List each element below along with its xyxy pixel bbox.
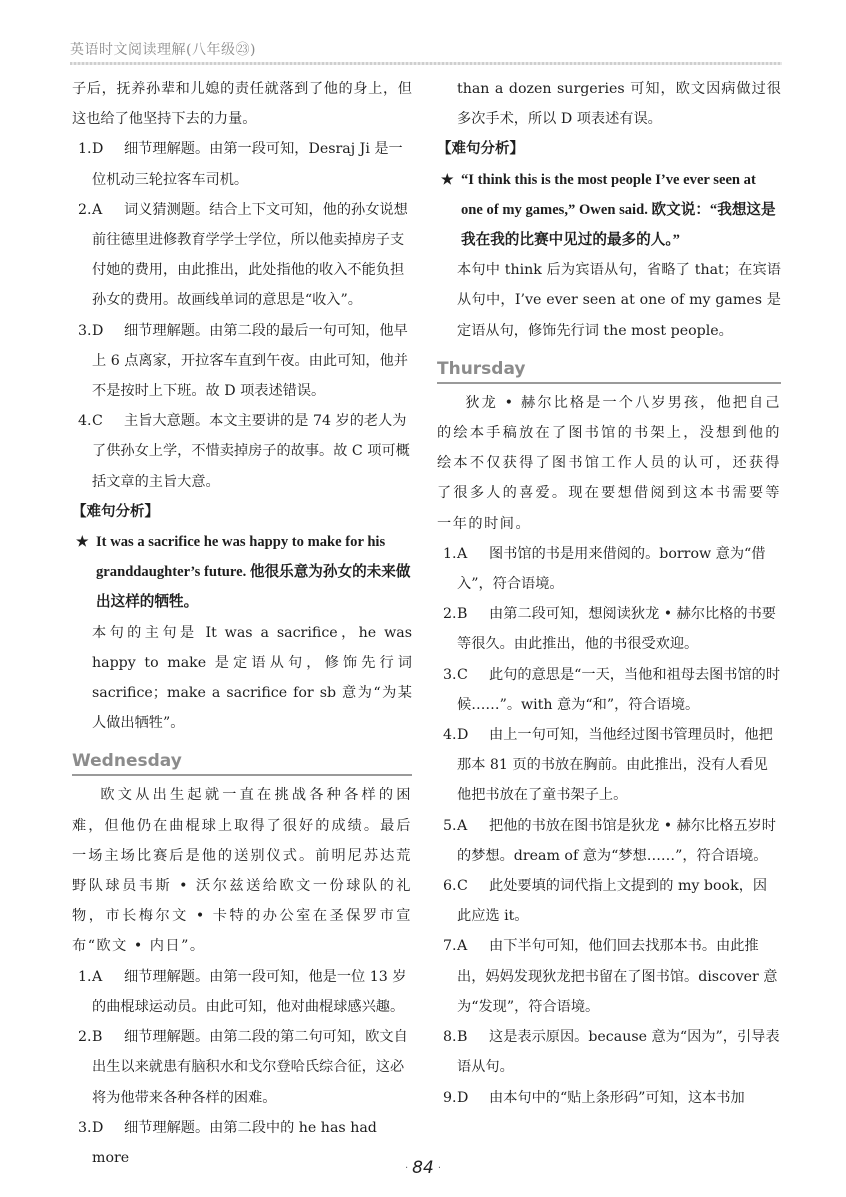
star-icon: ★ bbox=[437, 165, 461, 256]
right-column: than a dozen surgeries 可知，欧文因病做过很多次手术，所以… bbox=[437, 74, 781, 1113]
section-rule bbox=[437, 382, 781, 384]
answer-item: 9. D由本句中的“贴上条形码”可知，这本书加 bbox=[437, 1083, 781, 1113]
item-explanation: 细节理解题。由第一段可知，他是一位 13 岁的曲棍球运动员。由此可知，他对曲棍球… bbox=[92, 969, 406, 1015]
item-number: 3. bbox=[437, 660, 457, 720]
answer-item: 6. C此处要填的词代指上文提到的 my book，因此应选 it。 bbox=[437, 871, 781, 931]
item-explanation: 主旨大意题。本文主要讲的是 74 岁的老人为了供孙女上学，不惜卖掉房子的故事。故… bbox=[92, 413, 410, 489]
answer-list-thursday: 1. A图书馆的书是用来借阅的。borrow 意为“借入”，符合语境。 2. B… bbox=[437, 539, 781, 1113]
item-explanation: 细节理解题。由第二段的第二句可知，欧文自出生以来就患有脑积水和戈尔登哈氏综合征，… bbox=[92, 1029, 408, 1105]
answer-item: 4. C主旨大意题。本文主要讲的是 74 岁的老人为了供孙女上学，不惜卖掉房子的… bbox=[72, 406, 412, 497]
item-explanation: 把他的书放在图书馆是狄龙 • 赫尔比格五岁时的梦想。dream of 意为“梦想… bbox=[457, 818, 776, 864]
item-number: 1. bbox=[72, 134, 92, 194]
page-number-value: 84 bbox=[412, 1158, 434, 1178]
item-number: 6. bbox=[437, 871, 457, 931]
item-answer: A bbox=[457, 931, 489, 961]
section-title: Wednesday bbox=[72, 750, 412, 772]
item-explanation: 由下半句可知，他们回去找那本书。由此推出，妈妈发现狄龙把书留在了图书馆。disc… bbox=[457, 938, 777, 1014]
item-continuation: than a dozen surgeries 可知，欧文因病做过很多次手术，所以… bbox=[437, 74, 781, 134]
item-answer: D bbox=[457, 720, 489, 750]
header-rule bbox=[70, 62, 782, 65]
page-number: ·84· bbox=[0, 1158, 846, 1178]
page-dot-right: · bbox=[438, 1163, 441, 1174]
item-answer: D bbox=[92, 316, 124, 346]
difficult-sentence: ★ “I think this is the most people I’ve … bbox=[437, 165, 781, 256]
sentence-explanation: 本句中 think 后为宾语从句，省略了 that；在宾语从句中，I’ve ev… bbox=[437, 255, 781, 346]
section-title: Thursday bbox=[437, 358, 781, 380]
difficult-sentence-heading: 【难句分析】 bbox=[72, 497, 412, 527]
item-number: 2. bbox=[72, 1022, 92, 1113]
item-number: 1. bbox=[72, 962, 92, 1022]
section-rule bbox=[72, 774, 412, 776]
item-number: 4. bbox=[437, 720, 457, 811]
section-summary: 狄龙 • 赫尔比格是一个八岁男孩，他把自己的绘本手稿放在了图书馆的书架上，没想到… bbox=[437, 388, 781, 539]
item-answer: A bbox=[457, 539, 489, 569]
answer-item: 8. B这是表示原因。because 意为“因为”，引导表语从句。 bbox=[437, 1022, 781, 1082]
item-explanation: 细节理解题。由第二段的最后一句可知，他早上 6 点离家，开拉客车直到午夜。由此可… bbox=[92, 323, 408, 399]
item-number: 5. bbox=[437, 811, 457, 871]
item-number: 4. bbox=[72, 406, 92, 497]
section-summary: 欧文从出生起就一直在挑战各种各样的困难，但他仍在曲棍球上取得了很好的成绩。最后一… bbox=[72, 780, 412, 961]
left-column: 子后，抚养孙辈和儿媳的责任就落到了他的身上，但这也给了他坚持下去的力量。 1. … bbox=[72, 74, 412, 1173]
book-title: 英语时文阅读理解(八年级㉓) bbox=[70, 40, 782, 60]
sentence-explanation: 本句的主句是 It was a sacrifice，he was happy t… bbox=[72, 618, 412, 739]
item-explanation: 此处要填的词代指上文提到的 my book，因此应选 it。 bbox=[457, 878, 767, 924]
item-answer: C bbox=[92, 406, 124, 436]
item-explanation: 细节理解题。由第一段可知，Desraj Ji 是一位机动三轮拉客车司机。 bbox=[92, 141, 403, 187]
item-number: 2. bbox=[437, 599, 457, 659]
answer-item: 2. B细节理解题。由第二段的第二句可知，欧文自出生以来就患有脑积水和戈尔登哈氏… bbox=[72, 1022, 412, 1113]
item-number: 2. bbox=[72, 195, 92, 316]
item-explanation: 词义猜测题。结合上下文可知，他的孙女说想前往德里进修教育学学士学位，所以他卖掉房… bbox=[92, 202, 408, 309]
item-answer: A bbox=[92, 962, 124, 992]
section-wednesday: Wednesday bbox=[72, 750, 412, 776]
difficult-sentence: ★ It was a sacrifice he was happy to mak… bbox=[72, 527, 412, 618]
item-number: 7. bbox=[437, 931, 457, 1022]
item-explanation: 由上一句可知，当他经过图书管理员时，他把那本 81 页的书放在胸前。由此推出，没… bbox=[457, 727, 773, 803]
answer-item: 1. A细节理解题。由第一段可知，他是一位 13 岁的曲棍球运动员。由此可知，他… bbox=[72, 962, 412, 1022]
item-explanation: 由本句中的“贴上条形码”可知，这本书加 bbox=[489, 1090, 745, 1106]
item-number: 8. bbox=[437, 1022, 457, 1082]
item-answer: A bbox=[92, 195, 124, 225]
section-thursday: Thursday bbox=[437, 358, 781, 384]
item-explanation: 图书馆的书是用来借阅的。borrow 意为“借入”，符合语境。 bbox=[457, 546, 765, 592]
item-answer: C bbox=[457, 871, 489, 901]
item-number: 9. bbox=[437, 1083, 457, 1113]
item-answer: B bbox=[457, 599, 489, 629]
item-answer: B bbox=[457, 1022, 489, 1052]
answer-item: 2. B由第二段可知，想阅读狄龙 • 赫尔比格的书要等很久。由此推出，他的书很受… bbox=[437, 599, 781, 659]
answer-item: 3. C此句的意思是“一天，当他和祖母去图书馆的时候……”。with 意为“和”… bbox=[437, 660, 781, 720]
difficult-sentence-heading: 【难句分析】 bbox=[437, 134, 781, 164]
answer-item: 3. D细节理解题。由第二段的最后一句可知，他早上 6 点离家，开拉客车直到午夜… bbox=[72, 316, 412, 407]
answer-item: 4. D由上一句可知，当他经过图书管理员时，他把那本 81 页的书放在胸前。由此… bbox=[437, 720, 781, 811]
answer-item: 1. A图书馆的书是用来借阅的。borrow 意为“借入”，符合语境。 bbox=[437, 539, 781, 599]
item-answer: D bbox=[92, 1113, 124, 1143]
answer-item: 2. A词义猜测题。结合上下文可知，他的孙女说想前往德里进修教育学学士学位，所以… bbox=[72, 195, 412, 316]
intro-continuation: 子后，抚养孙辈和儿媳的责任就落到了他的身上，但这也给了他坚持下去的力量。 bbox=[72, 74, 412, 134]
item-number: 1. bbox=[437, 539, 457, 599]
answer-list-tuesday: 1. D细节理解题。由第一段可知，Desraj Ji 是一位机动三轮拉客车司机。… bbox=[72, 134, 412, 496]
running-header: 英语时文阅读理解(八年级㉓) bbox=[70, 40, 782, 65]
answer-item: 7. A由下半句可知，他们回去找那本书。由此推出，妈妈发现狄龙把书留在了图书馆。… bbox=[437, 931, 781, 1022]
item-explanation: 这是表示原因。because 意为“因为”，引导表语从句。 bbox=[457, 1029, 780, 1075]
star-icon: ★ bbox=[72, 527, 96, 618]
item-answer: B bbox=[92, 1022, 124, 1052]
item-answer: D bbox=[457, 1083, 489, 1113]
page-dot-left: · bbox=[405, 1163, 408, 1174]
item-number: 3. bbox=[72, 316, 92, 407]
answer-item: 1. D细节理解题。由第一段可知，Desraj Ji 是一位机动三轮拉客车司机。 bbox=[72, 134, 412, 194]
item-answer: C bbox=[457, 660, 489, 690]
item-answer: D bbox=[92, 134, 124, 164]
answer-item: 5. A把他的书放在图书馆是狄龙 • 赫尔比格五岁时的梦想。dream of 意… bbox=[437, 811, 781, 871]
answer-list-wednesday: 1. A细节理解题。由第一段可知，他是一位 13 岁的曲棍球运动员。由此可知，他… bbox=[72, 962, 412, 1173]
item-answer: A bbox=[457, 811, 489, 841]
item-explanation: 由第二段可知，想阅读狄龙 • 赫尔比格的书要等很久。由此推出，他的书很受欢迎。 bbox=[457, 606, 776, 652]
item-explanation: 此句的意思是“一天，当他和祖母去图书馆的时候……”。with 意为“和”，符合语… bbox=[457, 667, 780, 713]
